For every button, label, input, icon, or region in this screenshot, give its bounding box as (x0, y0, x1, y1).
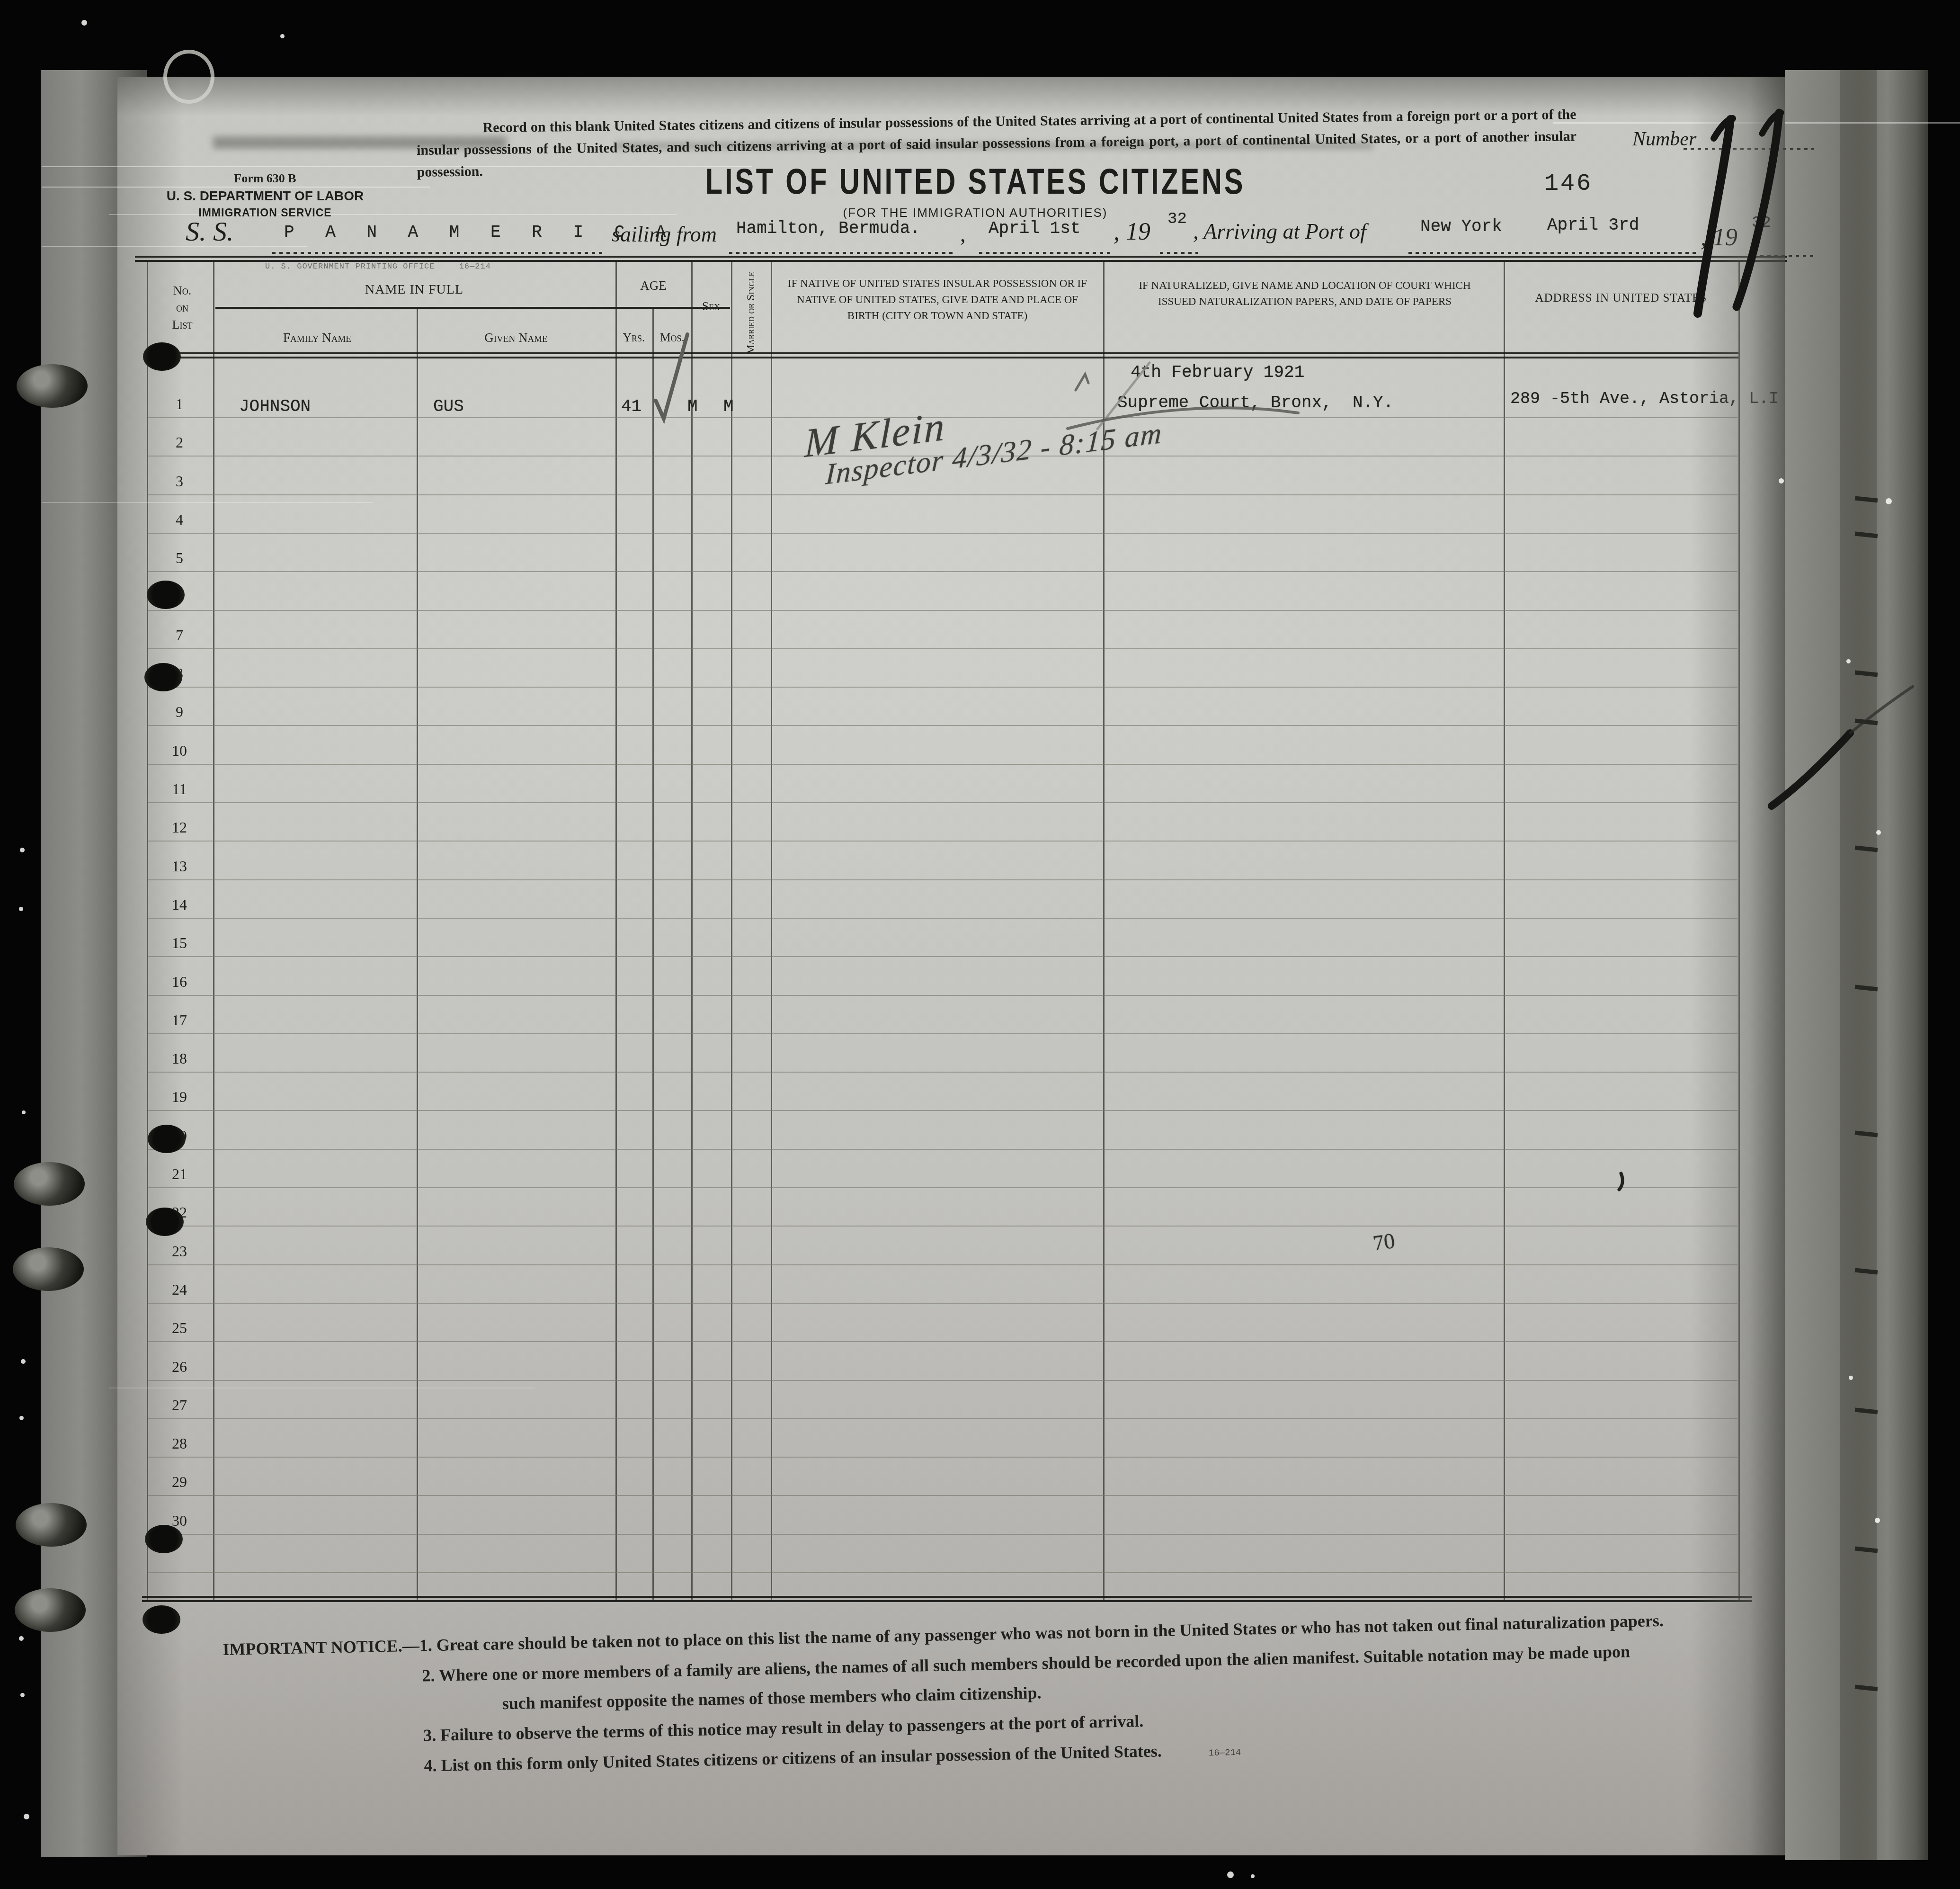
sailing-date-dotted-line (979, 252, 1112, 254)
printing-office-code: 16—214 (459, 262, 491, 271)
header-mos: Mos. (653, 331, 691, 345)
sailing-year: 32 (1167, 210, 1187, 228)
arrival-year-printed: , 19 (1701, 224, 1737, 251)
row1-address: 289 -5th Ave., Astoria, L.I (1510, 389, 1779, 408)
printed-comma: , (960, 222, 966, 247)
header-no: No. (152, 282, 212, 299)
pencil-mark: 70 (1372, 1228, 1397, 1256)
arrival-port: New York (1420, 217, 1502, 236)
number-dotted-line (1684, 148, 1814, 150)
arrival-dotted-line (1408, 252, 1700, 254)
form-content: Form 630 B U. S. DEPARTMENT OF LABOR IMM… (0, 0, 1960, 1889)
department-name: U. S. DEPARTMENT OF LABOR (151, 188, 379, 204)
row1-family-name: JOHNSON (239, 397, 311, 416)
header-married-or-single: Married or Single (745, 266, 757, 360)
row1-given-name: GUS (433, 397, 464, 416)
vessel-prefix: S. S. (186, 215, 234, 247)
sailing-port: Hamilton, Bermuda. (736, 219, 920, 238)
notice-print-code: 16—214 (1209, 1747, 1241, 1758)
important-notice: IMPORTANT NOTICE.—1. Great care should b… (223, 1607, 1844, 1780)
inspector-handwritten-note: M Klein Inspector 4/3/32 - 8:15 am (802, 376, 1164, 494)
page-subtitle: (FOR THE IMMIGRATION AUTHORITIES) (606, 206, 1345, 220)
form-number: Form 630 B (151, 171, 379, 186)
row1-married: M (723, 397, 734, 416)
sailing-date: April 1st (989, 219, 1080, 238)
printing-office-note: U. S. GOVERNMENT PRINTING OFFICE 16—214 (265, 262, 491, 271)
vessel-dotted-line (272, 252, 604, 254)
sailing-from-label: sailing from (612, 222, 717, 247)
header-name-in-full: NAME IN FULL (213, 282, 615, 297)
arrival-date: April 3rd (1547, 215, 1639, 235)
header-no-on-list: No. on List (152, 282, 212, 333)
arrival-year-dotted-line (1760, 255, 1813, 257)
header-family-name: Family Name (223, 331, 412, 345)
header-address: ADDRESS IN UNITED STATES (1508, 292, 1734, 305)
header-on: on (152, 299, 212, 316)
header-yrs: Yrs. (615, 331, 652, 345)
sheet-number-stamp: 146 (1544, 170, 1593, 197)
form-id-block: Form 630 B U. S. DEPARTMENT OF LABOR IMM… (151, 171, 379, 219)
header-given-name: Given Name (421, 331, 611, 345)
notice-item4-text: 4. List on this form only United States … (424, 1741, 1162, 1775)
header-sex: Sex (691, 300, 731, 313)
number-label: Number (1632, 128, 1696, 151)
page-title: LIST OF UNITED STATES CITIZENS (621, 161, 1330, 202)
printing-office-text: U. S. GOVERNMENT PRINTING OFFICE (265, 262, 435, 271)
row1-sex: M (687, 397, 698, 416)
row1-age-yrs: 41 (621, 397, 641, 416)
sailing-port-dotted-line (729, 252, 956, 254)
arriving-label: , Arriving at Port of (1193, 219, 1366, 244)
header-naturalized: IF NATURALIZED, GIVE NAME AND LOCATION O… (1120, 278, 1489, 310)
header-birth: IF NATIVE OF UNITED STATES INSULAR POSSE… (786, 276, 1089, 324)
printed-year-19: , 19 (1114, 218, 1150, 246)
header-age: AGE (615, 278, 691, 293)
header-list: List (152, 316, 212, 333)
arrival-year: 32 (1752, 214, 1771, 232)
year-dotted-line (1160, 252, 1198, 254)
